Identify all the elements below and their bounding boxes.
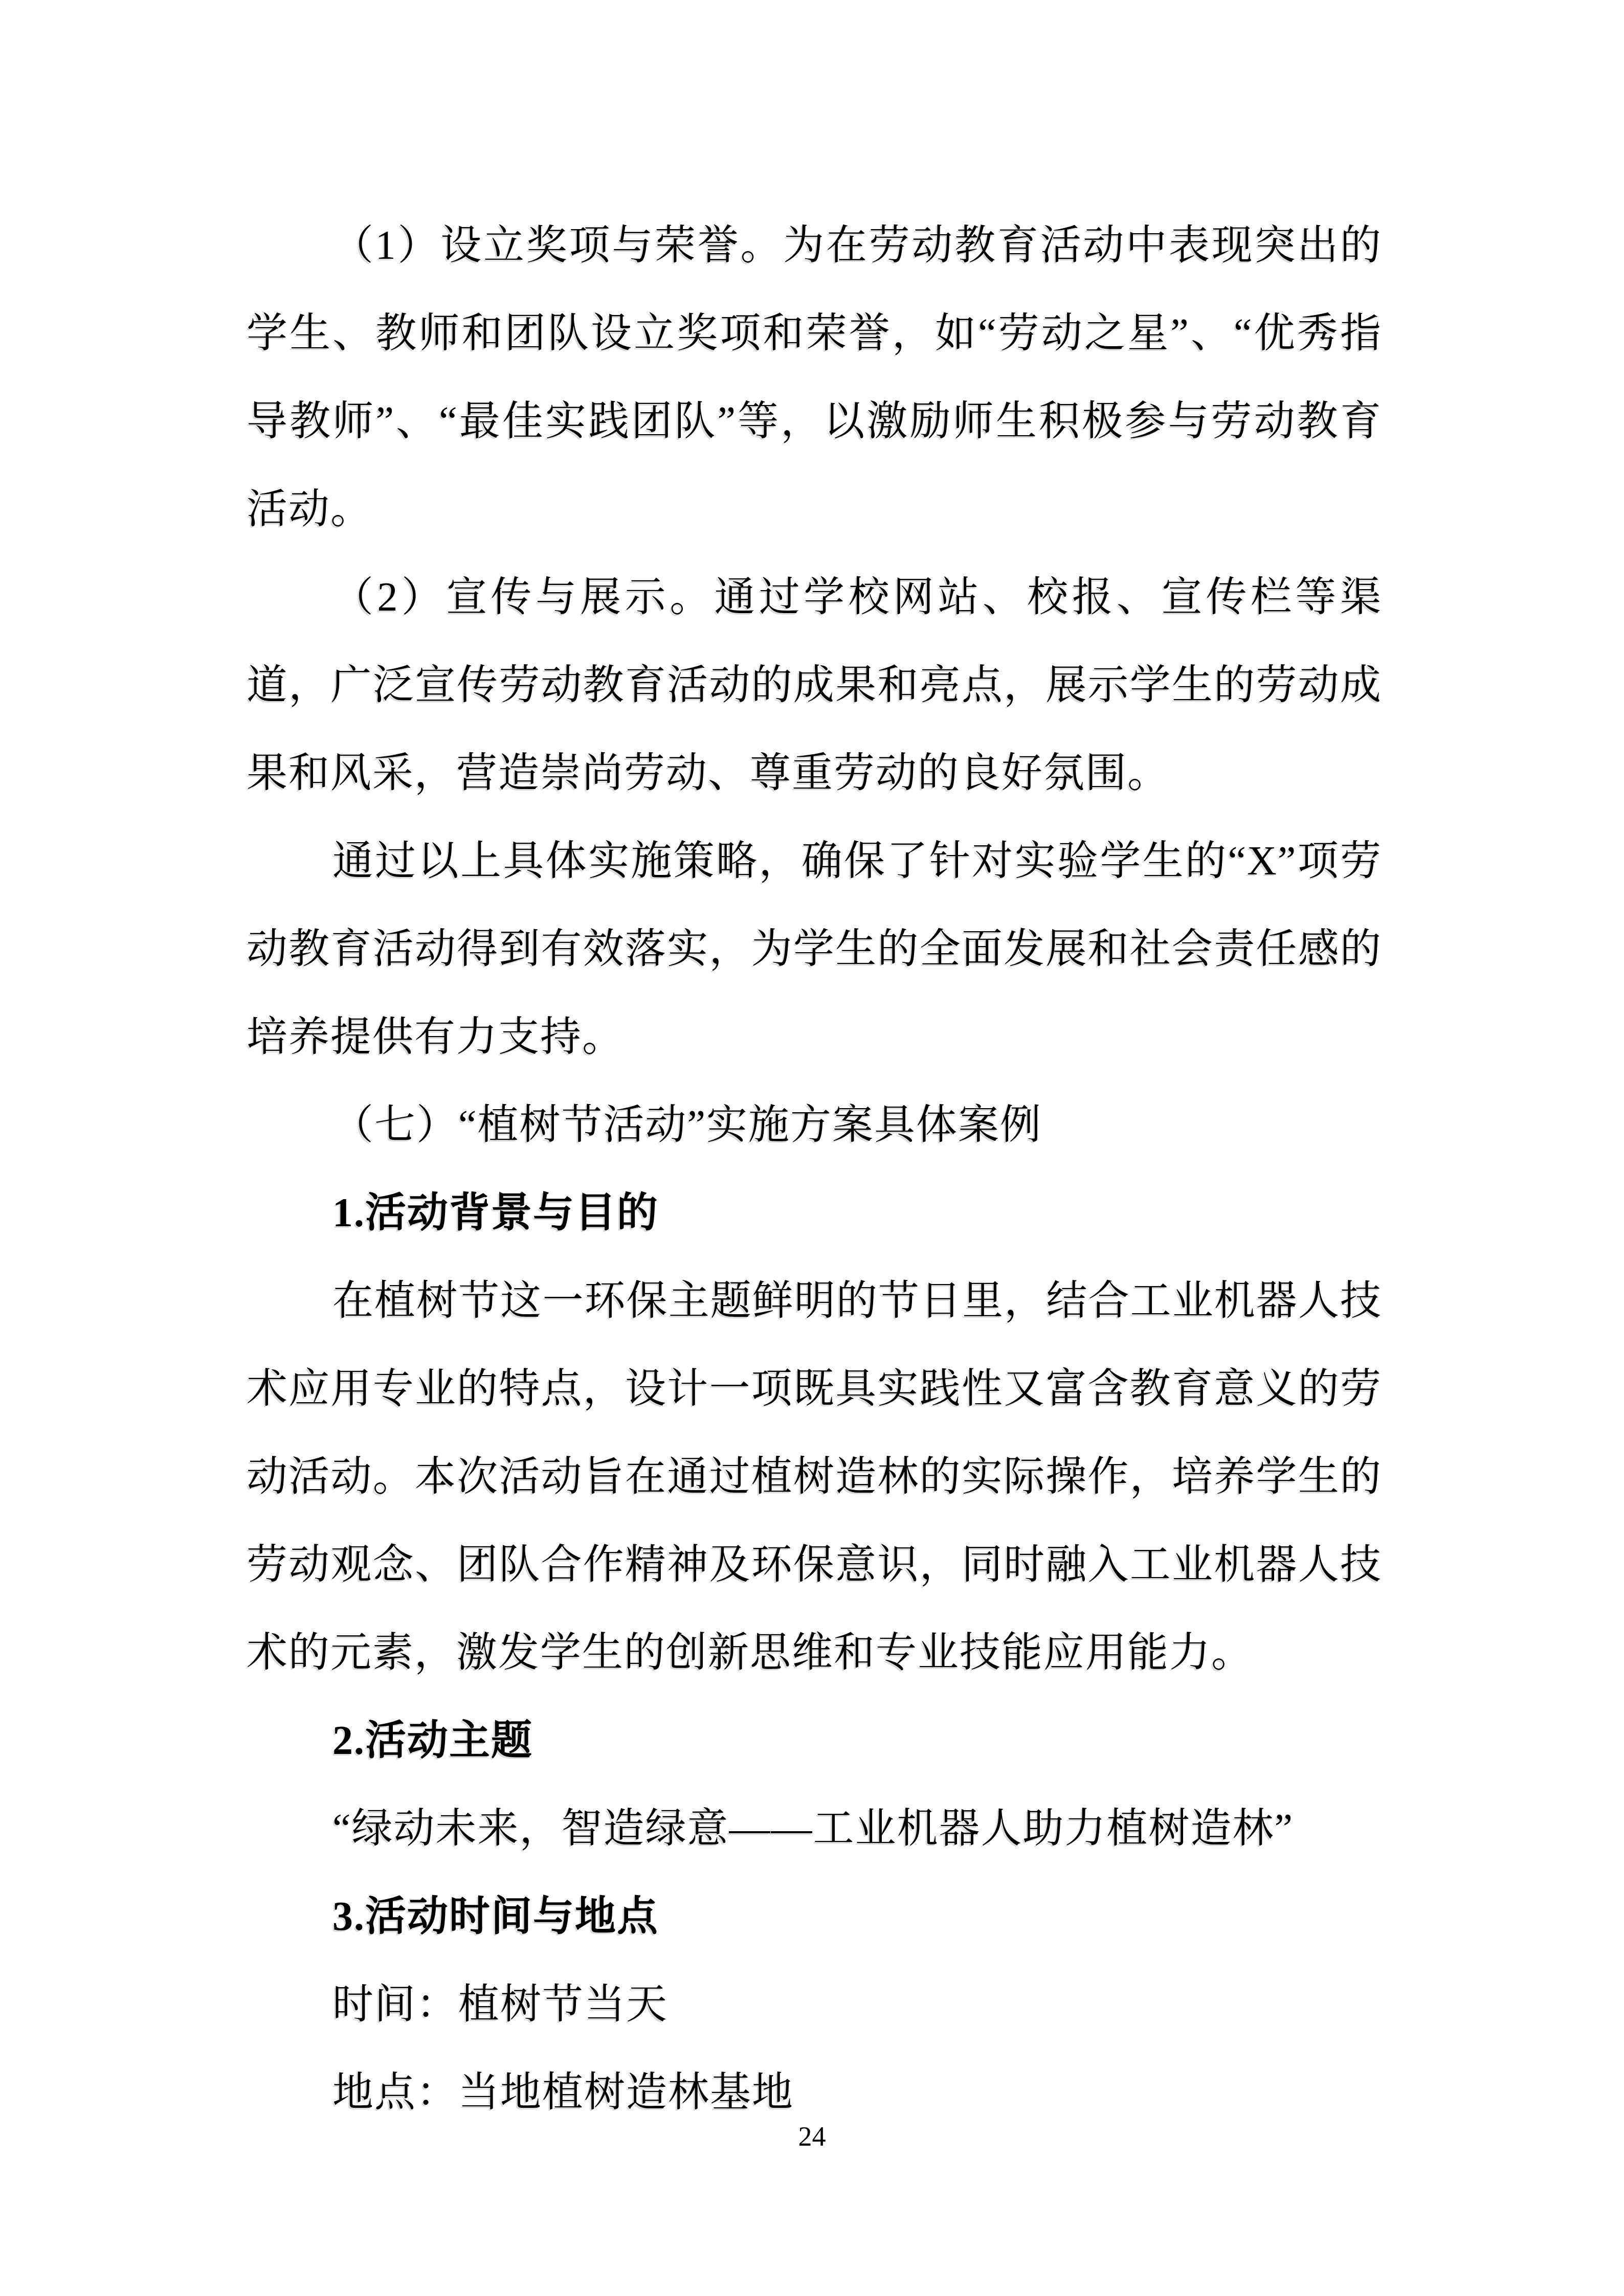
paragraph-activity-time: 时间：植树节当天 bbox=[247, 1961, 1382, 2049]
heading-3-activity-time-location: 3.活动时间与地点 bbox=[247, 1873, 1382, 1961]
document-page: （1）设立奖项与荣誉。为在劳动教育活动中表现突出的学生、教师和团队设立奖项和荣誉… bbox=[0, 0, 1624, 2296]
paragraph-implementation-summary: 通过以上具体实施策略，确保了针对实验学生的“X”项劳动教育活动得到有效落实，为学… bbox=[247, 817, 1382, 1081]
paragraph-activity-theme-quote: “绿动未来，智造绿意——工业机器人助力植树造林” bbox=[247, 1785, 1382, 1873]
paragraph-awards-honors: （1）设立奖项与荣誉。为在劳动教育活动中表现突出的学生、教师和团队设立奖项和荣誉… bbox=[247, 201, 1382, 553]
heading-2-activity-theme: 2.活动主题 bbox=[247, 1697, 1382, 1785]
document-text-block: （1）设立奖项与荣誉。为在劳动教育活动中表现突出的学生、教师和团队设立奖项和荣誉… bbox=[247, 201, 1382, 2136]
heading-1-activity-background-purpose: 1.活动背景与目的 bbox=[247, 1169, 1382, 1257]
paragraph-activity-background: 在植树节这一环保主题鲜明的节日里，结合工业机器人技术应用专业的特点，设计一项既具… bbox=[247, 1257, 1382, 1697]
page-number: 24 bbox=[0, 2116, 1624, 2157]
paragraph-publicity-display: （2）宣传与展示。通过学校网站、校报、宣传栏等渠道，广泛宣传劳动教育活动的成果和… bbox=[247, 553, 1382, 817]
section-heading-seven-tree-planting-case: （七）“植树节活动”实施方案具体案例 bbox=[247, 1081, 1382, 1169]
